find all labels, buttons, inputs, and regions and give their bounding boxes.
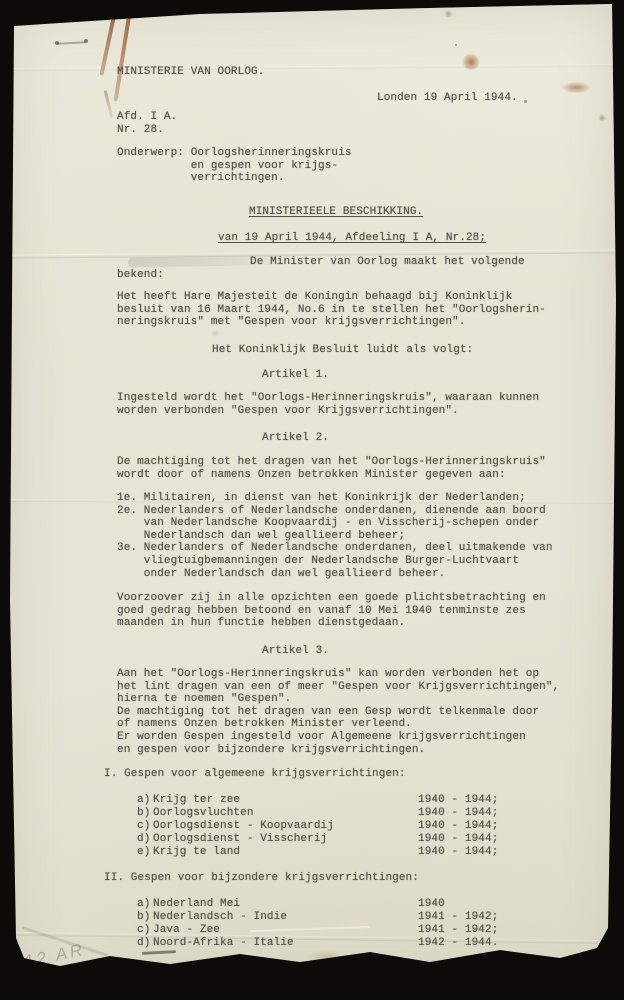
clasp-item-label: Oorlogsdienst - Visscherij bbox=[153, 833, 327, 846]
clasp-item-label: Java - Zee bbox=[153, 924, 220, 937]
royal-decree-intro: Het Koninklijk Besluit luidt als volgt: bbox=[212, 344, 473, 357]
clasp-item-years: 1940 - 1944; bbox=[418, 820, 498, 833]
typewritten-line: vliegtuigbemanningen der Nederlandsche B… bbox=[117, 555, 553, 568]
typewritten-line: Er worden Gespen ingesteld voor Algemeen… bbox=[117, 731, 559, 744]
intro-line-indent: De Minister van Oorlog maakt het volgend… bbox=[250, 256, 525, 269]
clasp-row: c)Oorlogsdienst - Koopvaardij1940 - 1944… bbox=[0, 820, 624, 833]
artikel-3-heading: Artikel 3. bbox=[262, 645, 329, 658]
clasp-item-letter: a) bbox=[137, 898, 150, 911]
typewritten-line: De machtiging tot het dragen van het "Oo… bbox=[117, 456, 546, 469]
typewritten-line: en gespen voor krijgs- bbox=[117, 160, 352, 173]
typewritten-line: De machtiging tot het dragen van een Ges… bbox=[117, 706, 559, 719]
clasp-item-letter: c) bbox=[137, 820, 150, 833]
clasp-row: b)Nederlandsch - Indie1941 - 1942; bbox=[0, 911, 624, 924]
clasp-item-years: 1941 - 1942; bbox=[418, 911, 498, 924]
subject-block: Onderwerp: Oorlogsherinneringskruis en g… bbox=[117, 147, 352, 185]
document-number: Nr. 28. bbox=[117, 124, 164, 137]
rust-stain bbox=[562, 82, 590, 93]
artikel-2-heading: Artikel 2. bbox=[262, 432, 329, 445]
rust-stain bbox=[462, 54, 480, 70]
typewritten-line: en gespen voor bijzondere krijgsverricht… bbox=[117, 744, 559, 757]
typewritten-line: verrichtingen. bbox=[117, 172, 352, 185]
clasp-item-years: 1941 - 1942; bbox=[418, 924, 498, 937]
typewritten-line: maanden in hun functie hebben dienstgeda… bbox=[117, 617, 546, 630]
fold-crease-top bbox=[0, 64, 624, 71]
clasp-row: a)Nederland Mei1940 bbox=[0, 898, 624, 911]
typewritten-line: worden verbonden "Gespen voor Krijgsverr… bbox=[117, 405, 539, 418]
intro-line-rest: bekend: bbox=[117, 269, 164, 282]
foxing-spot bbox=[210, 330, 220, 337]
typewritten-line: het lint dragen van een of meer "Gespen … bbox=[117, 681, 559, 694]
clasp-row: b)Oorlogsvluchten1940 - 1944; bbox=[0, 807, 624, 820]
clasp-item-label: Oorlogsdienst - Koopvaardij bbox=[153, 820, 334, 833]
clasp-item-letter: d) bbox=[137, 937, 150, 950]
clasp-item-years: 1940 bbox=[418, 898, 445, 911]
clasp-item-label: Krijg ter zee bbox=[153, 794, 240, 807]
clasp-row: e)Krijg te land1940 - 1944; bbox=[0, 846, 624, 859]
staple-hole bbox=[84, 39, 88, 43]
artikel-2-intro: De machtiging tot het dragen van het "Oo… bbox=[117, 456, 546, 481]
clasp-item-letter: e) bbox=[137, 846, 150, 859]
clasp-row: a)Krijg ter zee1940 - 1944; bbox=[0, 794, 624, 807]
clasp-list-general-heading: I. Gespen voor algemeene krijgsverrichti… bbox=[104, 768, 406, 781]
clasp-item-letter: c) bbox=[137, 924, 150, 937]
clasp-item-label: Nederland Mei bbox=[153, 898, 240, 911]
typewritten-line: neringskruis" met "Gespen voor krijgsver… bbox=[117, 316, 546, 329]
place-date: Londen 19 April 1944. bbox=[377, 92, 518, 105]
typewritten-line: van Nederlandsche Koopvaardij - en Vissc… bbox=[117, 517, 553, 530]
paperclip-rust-mark bbox=[114, 6, 133, 101]
clasp-item-letter: d) bbox=[137, 833, 150, 846]
decree-title: MINISTERIEELE BESCHIKKING. bbox=[249, 206, 423, 219]
clasp-item-years: 1940 - 1944; bbox=[418, 794, 498, 807]
clasp-item-years: 1940 - 1944; bbox=[418, 807, 498, 820]
typewritten-line: of namens Onzen betrokken Minister verle… bbox=[117, 718, 559, 731]
decree-subtitle: van 19 April 1944, Afdeeling I A, Nr.28; bbox=[218, 232, 486, 245]
clasp-row: c)Java - Zee1941 - 1942; bbox=[0, 924, 624, 937]
artikel-2-condition: Voorzoover zij in alle opzichten een goe… bbox=[117, 592, 546, 630]
paperclip-rust-mark bbox=[104, 90, 114, 118]
typewritten-line: Het heeft Hare Majesteit de Koningin beh… bbox=[117, 291, 546, 304]
rust-stain bbox=[598, 114, 606, 122]
paperclip-rust-mark bbox=[99, 12, 116, 75]
clasp-list-special-heading: II. Gespen voor bijzondere krijgsverrich… bbox=[104, 872, 419, 885]
clasp-item-letter: b) bbox=[137, 911, 150, 924]
clasp-item-years: 1942 - 1944. bbox=[418, 937, 498, 950]
typewritten-line: Voorzoover zij in alle opzichten een goe… bbox=[117, 592, 546, 605]
typewritten-line: 3e. Nederlanders of Nederlandsche onderd… bbox=[117, 542, 553, 555]
clasp-item-label: Oorlogsvluchten bbox=[153, 807, 254, 820]
staple-mark bbox=[57, 41, 85, 44]
typewritten-line: hierna te noemen "Gespen". bbox=[117, 693, 559, 706]
pen-dash-mark bbox=[142, 950, 176, 955]
artikel-1-body: Ingesteld wordt het "Oorlogs-Herinnering… bbox=[117, 392, 539, 417]
clasp-item-label: Nederlandsch - Indie bbox=[153, 911, 287, 924]
clasp-item-letter: b) bbox=[137, 807, 150, 820]
clasp-row: d)Noord-Afrika - Italie1942 - 1944. bbox=[0, 937, 624, 950]
ministry-name: MINISTERIE VAN OORLOG. bbox=[117, 66, 264, 79]
royal-decree-preamble: Het heeft Hare Majesteit de Koningin beh… bbox=[117, 291, 546, 329]
typewritten-line: Nederlandsch dan wel geallieerd beheer; bbox=[117, 530, 553, 543]
clasp-item-label: Krijg te land bbox=[153, 846, 240, 859]
ink-speck bbox=[455, 44, 457, 46]
staple-hole bbox=[55, 41, 59, 45]
typewritten-line: Ingesteld wordt het "Oorlogs-Herinnering… bbox=[117, 392, 539, 405]
department-reference: Afd. I A. bbox=[117, 111, 177, 124]
foxing-spot bbox=[306, 950, 348, 964]
typewritten-line: Onderwerp: Oorlogsherinneringskruis bbox=[117, 147, 352, 160]
typewritten-line: 2e. Nederlanders of Nederlandsche onderd… bbox=[117, 505, 553, 518]
typewritten-line: goed gedrag hebben betoond en vanaf 10 M… bbox=[117, 605, 546, 618]
clasp-item-years: 1940 - 1944; bbox=[418, 846, 498, 859]
typewritten-line: wordt door of namens Onzen betrokken Min… bbox=[117, 469, 546, 482]
artikel-3-body: Aan het "Oorlogs-Herinneringskruis" kan … bbox=[117, 668, 559, 756]
artikel-2-numbered-items: 1e. Militairen, in dienst van het Konink… bbox=[117, 492, 553, 580]
typewritten-line: onder Nederlandsch dan wel geallieerd be… bbox=[117, 568, 553, 581]
artikel-1-heading: Artikel 1. bbox=[262, 369, 329, 382]
typewritten-line: Aan het "Oorlogs-Herinneringskruis" kan … bbox=[117, 668, 559, 681]
ink-speck bbox=[524, 100, 527, 103]
rust-stain bbox=[444, 10, 453, 18]
clasp-item-letter: a) bbox=[137, 794, 150, 807]
typewritten-line: 1e. Militairen, in dienst van het Konink… bbox=[117, 492, 553, 505]
clasp-row: d)Oorlogsdienst - Visscherij1940 - 1944; bbox=[0, 833, 624, 846]
clasp-item-label: Noord-Afrika - Italie bbox=[153, 937, 294, 950]
clasp-item-years: 1940 - 1944; bbox=[418, 833, 498, 846]
document-paper: MINISTERIE VAN OORLOG. Londen 19 April 1… bbox=[0, 0, 624, 1000]
typewritten-line: besluit van 16 Maart 1944, No.6 in te st… bbox=[117, 304, 546, 317]
